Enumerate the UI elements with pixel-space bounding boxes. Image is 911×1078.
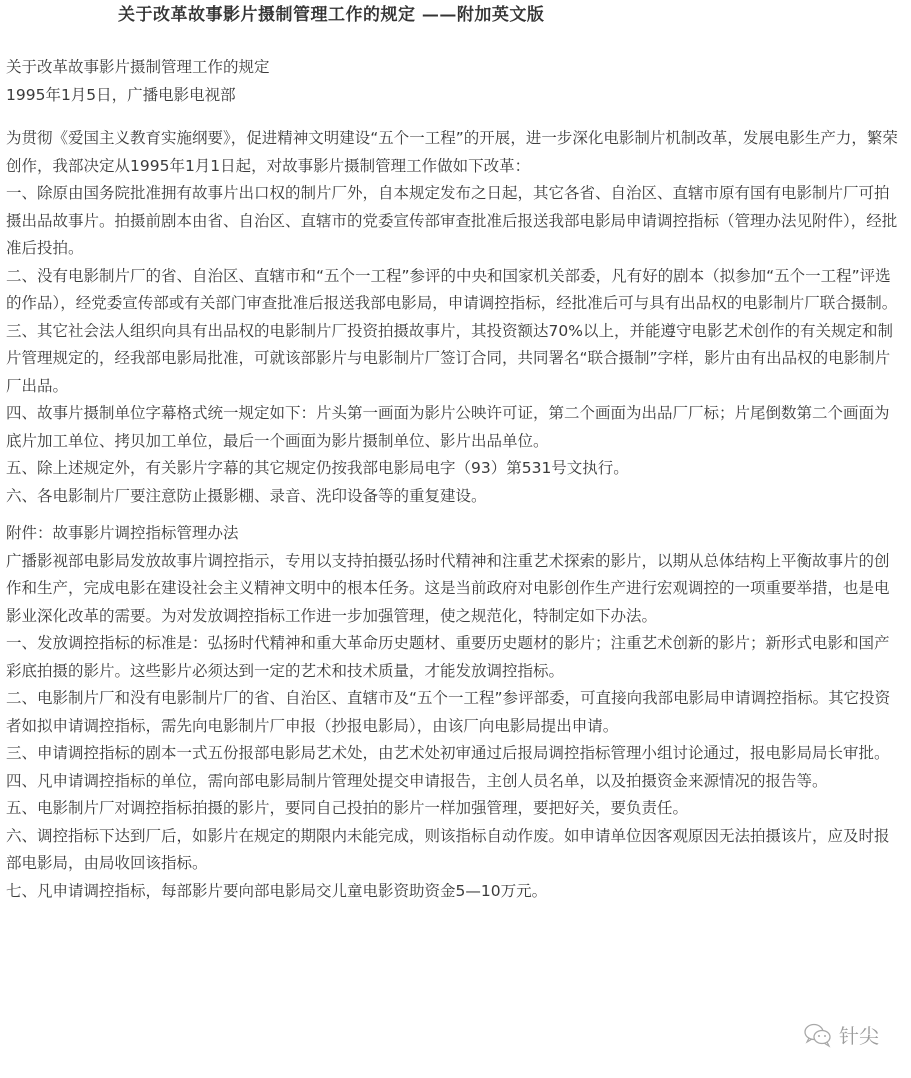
article-2: 二、没有电影制片厂的省、自治区、直辖市和“五个一工程”参评的中央和国家机关部委，… <box>6 263 901 318</box>
document-intro: 为贯彻《爱国主义教育实施纲要》，促进精神文明建设“五个一工程”的开展，进一步深化… <box>6 125 901 180</box>
article-6: 六、各电影制片厂要注意防止摄影棚、录音、洗印设备等的重复建设。 <box>6 483 901 511</box>
watermark: 针尖 <box>803 1020 879 1049</box>
page-title: 关于改革故事影片摄制管理工作的规定 ——附加英文版 <box>118 2 544 28</box>
article-3: 三、其它社会法人组织向具有出品权的电影制片厂投资拍摄故事片，其投资额达70%以上… <box>6 318 901 401</box>
document-body: 关于改革故事影片摄制管理工作的规定 1995年1月5日，广播电影电视部 为贯彻《… <box>6 54 901 905</box>
appendix-article-4: 四、凡申请调控指标的单位，需向部电影局制片管理处提交申请报告，主创人员名单，以及… <box>6 768 901 796</box>
appendix-article-6: 六、调控指标下达到厂后，如影片在规定的期限内未能完成，则该指标自动作废。如申请单… <box>6 823 901 878</box>
article-4: 四、故事片摄制单位字幕格式统一规定如下：片头第一画面为影片公映许可证，第二个画面… <box>6 400 901 455</box>
article-1: 一、除原由国务院批准拥有故事片出口权的制片厂外，自本规定发布之日起，其它各省、自… <box>6 180 901 263</box>
appendix-article-7: 七、凡申请调控指标，每部影片要向部电影局交儿童电影资助资金5—10万元。 <box>6 878 901 906</box>
appendix-article-5: 五、电影制片厂对调控指标拍摄的影片，要同自己投拍的影片一样加强管理，要把好关，要… <box>6 795 901 823</box>
appendix-heading: 附件：故事影片调控指标管理办法 <box>6 520 901 548</box>
appendix-article-3: 三、申请调控指标的剧本一式五份报部电影局艺术处，由艺术处初审通过后报局调控指标管… <box>6 740 901 768</box>
spacer <box>6 510 901 520</box>
article-5: 五、除上述规定外，有关影片字幕的其它规定仍按我部电影局电字（93）第531号文执… <box>6 455 901 483</box>
spacer <box>6 109 901 125</box>
watermark-label: 针尖 <box>839 1020 879 1049</box>
appendix-article-2: 二、电影制片厂和没有电影制片厂的省、自治区、直辖市及“五个一工程”参评部委，可直… <box>6 685 901 740</box>
appendix-intro: 广播影视部电影局发放故事片调控指示，专用以支持拍摄弘扬时代精神和注重艺术探索的影… <box>6 548 901 631</box>
document-date-line: 1995年1月5日，广播电影电视部 <box>6 82 901 110</box>
wechat-icon <box>803 1022 833 1048</box>
appendix-article-1: 一、发放调控指标的标准是：弘扬时代精神和重大革命历史题材、重要历史题材的影片；注… <box>6 630 901 685</box>
document-heading: 关于改革故事影片摄制管理工作的规定 <box>6 54 901 82</box>
